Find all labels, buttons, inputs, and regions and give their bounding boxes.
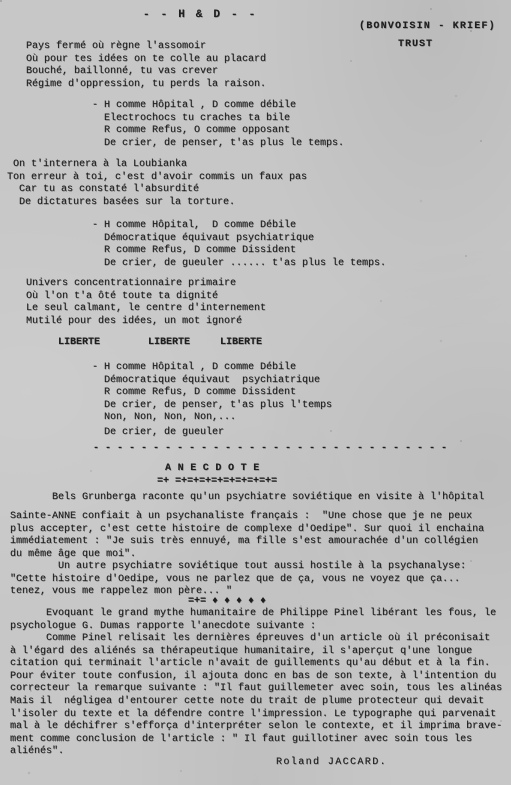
ornament-separator: =+= ♦ ♦ ♦ ♦ ♦ [188, 596, 266, 609]
band-name: TRUST [398, 39, 433, 52]
scanned-typewritten-page: - - H & D - - (BONVOISIN - KRIEF) TRUST … [0, 0, 511, 785]
author-signature: Roland JACCARD. [276, 757, 387, 770]
scan-noise-specks [0, 0, 2, 2]
credit-authors: (BONVOISIN - KRIEF) [359, 21, 496, 34]
anecdote-title: A N E C D O T E [165, 463, 260, 476]
song-title: - - H & D - - [143, 9, 257, 22]
stanza-6-coda: De crier, de gueuler [104, 427, 224, 440]
liberte-refrain: LIBERTE LIBERTE LIBERTE [58, 337, 262, 350]
stanza-3: On t'internera à la Loubianka Ton erreur… [7, 159, 307, 209]
stanza-6-chorus: - H comme Hôpital , D comme Débile Démoc… [92, 362, 332, 425]
anecdote-paragraph-1-first-line: Bels Grunberga raconte qu'un psychiatre … [10, 492, 484, 505]
stanza-4-chorus: - H comme Hôpital, D comme Débile Démocr… [92, 220, 386, 270]
stanza-1: Pays fermé où règne l'assomoir Où pour t… [26, 41, 266, 91]
anecdote-paragraph-4: Comme Pinel relisait les dernières épreu… [10, 633, 502, 759]
anecdote-paragraph-3: Evoquant le grand mythe humanitaire de P… [10, 608, 496, 633]
dashed-divider: - - - - - - - - - - - - - - - - - - - - … [93, 443, 447, 456]
stanza-2-chorus: - H comme Hôpital , D comme débile Elect… [92, 100, 344, 150]
anecdote-title-underline: =+ =+=+=+=+=+=+=+=+= [157, 476, 277, 489]
anecdote-paragraph-2: Un autre psychiatre soviétique tout auss… [10, 561, 466, 599]
anecdote-paragraph-1-rest: Sainte-ANNE confiait à un psychanaliste … [10, 511, 484, 561]
stanza-5: Univers concentrationnaire primaire Où l… [26, 278, 266, 328]
